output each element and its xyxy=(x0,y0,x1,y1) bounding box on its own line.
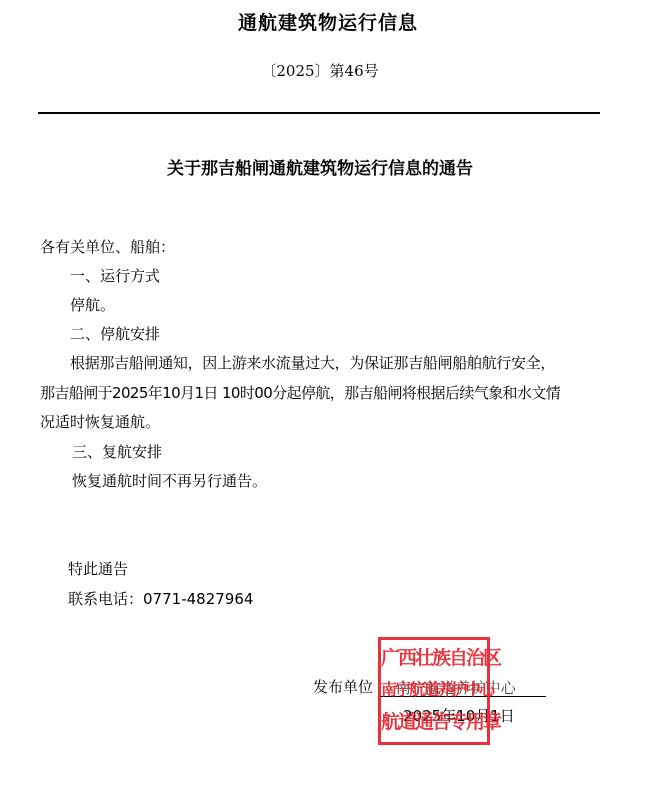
header-title: 通航建筑物运行信息 xyxy=(0,8,656,35)
salutation: 各有关单位、船舶： xyxy=(40,237,175,257)
contact-line: 联系电话：0771-4827964 xyxy=(68,589,253,609)
seal-line-3: 航道通告专用章 xyxy=(381,706,487,738)
official-seal-stamp: 广西壮族自治区 南宁航道养护中心 航道通告专用章 xyxy=(378,637,490,745)
notice-title: 关于那吉船闸通航建筑物运行信息的通告 xyxy=(0,154,640,179)
document-number: 〔2025〕第46号 xyxy=(0,60,640,81)
section-3-content: 恢复通航时间不再另行通告。 xyxy=(72,471,267,491)
section-1-content: 停航。 xyxy=(70,295,115,315)
seal-line-1: 广西壮族自治区 xyxy=(381,642,487,674)
seal-line-2: 南宁航道养护中心 xyxy=(381,674,487,706)
contact-phone: 0771-4827964 xyxy=(143,590,253,608)
section-2-content-line-2: 那吉船闸于2025年10月1日 10时00分起停航，那吉船闸将根据后续气象和水文… xyxy=(40,383,560,403)
header-divider xyxy=(38,112,600,114)
section-2-content-line-1: 根据那吉船闸通知，因上游来水流量过大，为保证那吉船闸船舶航行安全， xyxy=(70,353,555,373)
section-2-heading: 二、停航安排 xyxy=(70,324,160,344)
issuer-label: 发布单位 xyxy=(313,678,373,696)
section-3-heading: 三、复航安排 xyxy=(72,442,162,462)
contact-label: 联系电话： xyxy=(68,590,143,608)
section-1-heading: 一、运行方式 xyxy=(70,266,160,286)
closing-text: 特此通告 xyxy=(68,559,128,579)
section-2-content-line-3: 况适时恢复通航。 xyxy=(40,412,160,432)
